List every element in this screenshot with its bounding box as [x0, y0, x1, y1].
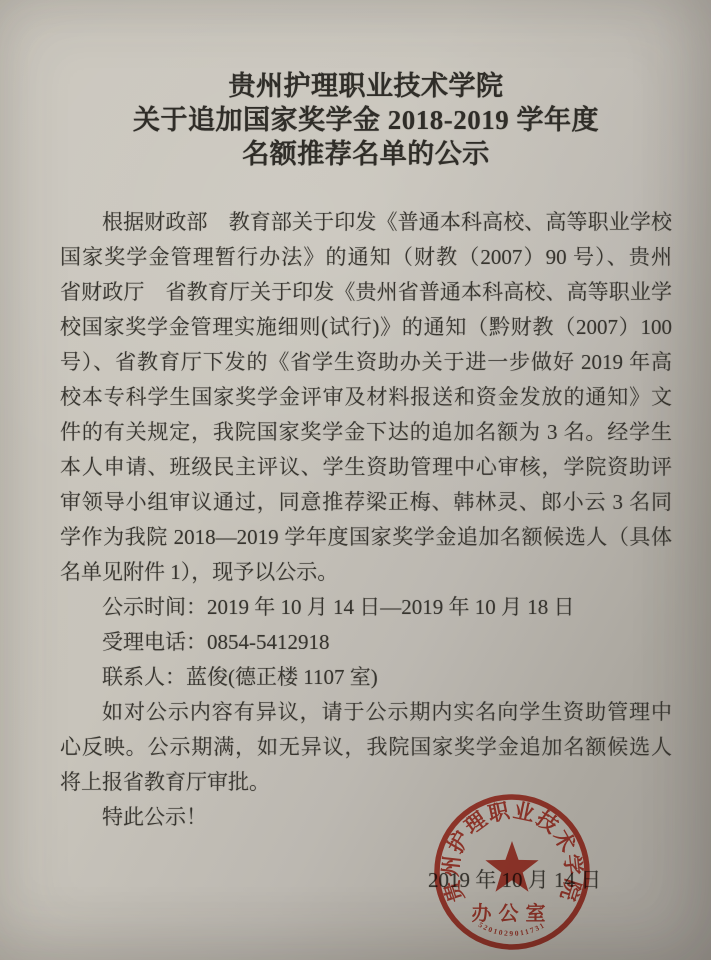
body-line: 名单见附件 1），现予以公示。 — [60, 555, 672, 590]
title-line-2: 关于追加国家奖学金 2018-2019 学年度 — [60, 103, 672, 137]
body-line: 审领导小组审议通过，同意推荐梁正梅、韩林灵、郎小云 3 名同 — [60, 485, 672, 520]
title-line-3: 名额推荐名单的公示 — [60, 137, 672, 171]
body-line: 校国家奖学金管理实施细则(试行)》的通知（黔财教（2007）100 — [60, 310, 672, 345]
document-photo: 贵州护理职业技术学院 关于追加国家奖学金 2018-2019 学年度 名额推荐名… — [0, 0, 711, 960]
body-line: 省财政厅 省教育厅关于印发《贵州省普通本科高校、高等职业学 — [60, 275, 672, 310]
contact-line: 联系人：蓝俊(德正楼 1107 室) — [60, 660, 672, 695]
body-line: 如对公示内容有异议，请于公示期内实名向学生资助管理中 — [60, 695, 672, 730]
phone-line: 受理电话：0854-5412918 — [60, 625, 672, 660]
body-line: 学作为我院 2018—2019 学年度国家奖学金追加名额候选人（具体 — [60, 520, 672, 555]
body-line: 校本专科学生国家奖学金评审及材料报送和资金发放的通知》文 — [60, 380, 672, 415]
seal-star-icon — [485, 841, 538, 892]
body-line: 国家奖学金管理暂行办法》的通知（财教（2007）90 号）、贵州 — [60, 240, 672, 275]
body-line: 根据财政部 教育部关于印发《普通本科高校、高等职业学校 — [60, 205, 672, 240]
body-line: 件的有关规定，我院国家奖学金下达的追加名额为 3 名。经学生 — [60, 415, 672, 450]
body-line: 本人申请、班级民主评议、学生资助管理中心审核，学院资助评 — [60, 450, 672, 485]
body-line: 号）、省教育厅下发的《省学生资助办关于进一步做好 2019 年高 — [60, 345, 672, 380]
document-title: 贵州护理职业技术学院 关于追加国家奖学金 2018-2019 学年度 名额推荐名… — [60, 69, 672, 171]
publicity-period-line: 公示时间：2019 年 10 月 14 日—2019 年 10 月 18 日 — [60, 590, 672, 625]
body-line: 心反映。公示期满，如无异议，我院国家奖学金追加名额候选人 — [60, 730, 672, 765]
official-seal: 贵州护理职业技术学院 办公室 5201029011731 — [424, 784, 600, 960]
document-body: 根据财政部 教育部关于印发《普通本科高校、高等职业学校 国家奖学金管理暂行办法》… — [60, 205, 672, 835]
title-line-1: 贵州护理职业技术学院 — [60, 69, 672, 103]
